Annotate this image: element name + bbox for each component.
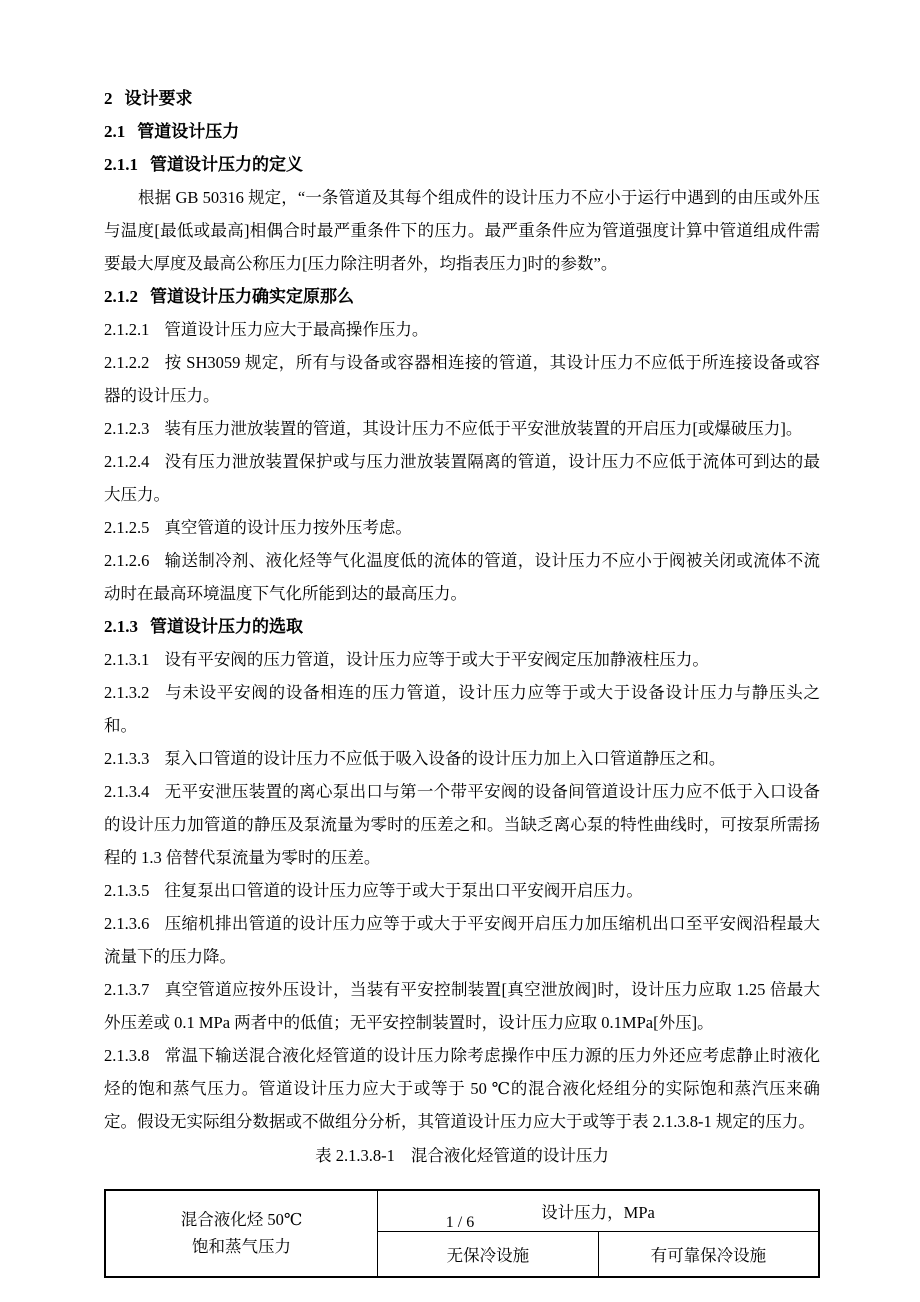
clause-number: 2.1.2.6 xyxy=(104,551,149,570)
clause-text: 泵入口管道的设计压力不应低于吸入设备的设计压力加上入口管道静压之和。 xyxy=(164,749,725,768)
section-heading-2-1-2: 2.1.2管道设计压力确实定原那么 xyxy=(104,280,820,313)
clause-number: 2.1.2.3 xyxy=(104,419,149,438)
clause-text: 没有压力泄放装置保护或与压力泄放装置隔离的管道，设计压力不应低于流体可到达的最大… xyxy=(104,452,820,504)
clause-text: 装有压力泄放装置的管道，其设计压力不应低于平安泄放装置的开启压力[或爆破压力]。 xyxy=(164,419,802,438)
clause-number: 2.1.3.5 xyxy=(104,881,149,900)
table-caption-title: 混合液化烃管道的设计压力 xyxy=(411,1146,609,1165)
clause-2-1-2-4: 2.1.2.4没有压力泄放装置保护或与压力泄放装置隔离的管道，设计压力不应低于流… xyxy=(104,445,820,511)
clause-number: 2.1.2.4 xyxy=(104,452,149,471)
clause-2-1-3-8: 2.1.3.8常温下输送混合液化烃管道的设计压力除考虑操作中压力源的压力外还应考… xyxy=(104,1039,820,1138)
clause-number: 2.1.3.6 xyxy=(104,914,149,933)
clause-text: 设有平安阀的压力管道，设计压力应等于或大于平安阀定压加静液柱压力。 xyxy=(164,650,709,669)
clause-number: 2.1.2.2 xyxy=(104,353,149,372)
clause-number: 2.1.3.8 xyxy=(104,1046,149,1065)
clause-2-1-2-6: 2.1.2.6输送制冷剂、液化烃等气化温度低的流体的管道，设计压力不应小于阀被关… xyxy=(104,544,820,610)
page-number: 1 / 6 xyxy=(0,1212,920,1234)
clause-text: 真空管道应按外压设计，当装有平安控制装置[真空泄放阀]时，设计压力应取 1.25… xyxy=(104,980,820,1032)
clause-number: 2.1.2.1 xyxy=(104,320,149,339)
clause-text: 输送制冷剂、液化烃等气化温度低的流体的管道，设计压力不应小于阀被关闭或流体不流动… xyxy=(104,551,820,603)
table-header-mixed-lpg-line2: 饱和蒸气压力 xyxy=(106,1233,377,1260)
clause-2-1-2-1: 2.1.2.1管道设计压力应大于最高操作压力。 xyxy=(104,313,820,346)
section-title: 管道设计压力的选取 xyxy=(150,617,303,636)
section-title: 管道设计压力 xyxy=(137,122,239,141)
section-heading-2-1-1: 2.1.1管道设计压力的定义 xyxy=(104,148,820,181)
section-number: 2 xyxy=(104,89,113,108)
clause-number: 2.1.3.1 xyxy=(104,650,149,669)
clause-text: 往复泵出口管道的设计压力应等于或大于泵出口平安阀开启压力。 xyxy=(164,881,643,900)
clause-number: 2.1.3.7 xyxy=(104,980,149,999)
clause-2-1-3-1: 2.1.3.1设有平安阀的压力管道，设计压力应等于或大于平安阀定压加静液柱压力。 xyxy=(104,643,820,676)
section-heading-2-1-3: 2.1.3管道设计压力的选取 xyxy=(104,610,820,643)
section-heading-2: 2设计要求 xyxy=(104,82,820,115)
section-title: 管道设计压力的定义 xyxy=(150,155,303,174)
clause-number: 2.1.3.3 xyxy=(104,749,149,768)
clause-text: 与未设平安阀的设备相连的压力管道，设计压力应等于或大于设备设计压力与静压头之和。 xyxy=(104,683,820,735)
table-header-no-cold-insulation: 无保冷设施 xyxy=(378,1231,599,1277)
clause-text: 真空管道的设计压力按外压考虑。 xyxy=(164,518,412,537)
document-body: 2设计要求 2.1管道设计压力 2.1.1管道设计压力的定义 根据 GB 503… xyxy=(104,82,820,1278)
clause-text: 按 SH3059 规定，所有与设备或容器相连接的管道，其设计压力不应低于所连接设… xyxy=(104,353,820,405)
section-heading-2-1: 2.1管道设计压力 xyxy=(104,115,820,148)
clause-number: 2.1.3.2 xyxy=(104,683,149,702)
section-number: 2.1.3 xyxy=(104,617,138,636)
clause-number: 2.1.3.4 xyxy=(104,782,149,801)
table-caption: 表 2.1.3.8-1混合液化烃管道的设计压力 xyxy=(104,1139,820,1172)
clause-2-1-3-4: 2.1.3.4无平安泄压装置的离心泵出口与第一个带平安阀的设备间管道设计压力应不… xyxy=(104,775,820,874)
clause-2-1-3-3: 2.1.3.3泵入口管道的设计压力不应低于吸入设备的设计压力加上入口管道静压之和… xyxy=(104,742,820,775)
section-title: 管道设计压力确实定原那么 xyxy=(150,287,354,306)
section-title: 设计要求 xyxy=(125,89,193,108)
paragraph-text: 根据 GB 50316 规定，“一条管道及其每个组成件的设计压力不应小于运行中遇… xyxy=(104,188,820,273)
document-page: 2设计要求 2.1管道设计压力 2.1.1管道设计压力的定义 根据 GB 503… xyxy=(0,0,920,1302)
clause-2-1-3-2: 2.1.3.2与未设平安阀的设备相连的压力管道，设计压力应等于或大于设备设计压力… xyxy=(104,676,820,742)
paragraph-definition: 根据 GB 50316 规定，“一条管道及其每个组成件的设计压力不应小于运行中遇… xyxy=(104,181,820,280)
clause-2-1-2-3: 2.1.2.3装有压力泄放装置的管道，其设计压力不应低于平安泄放装置的开启压力[… xyxy=(104,412,820,445)
clause-text: 管道设计压力应大于最高操作压力。 xyxy=(164,320,428,339)
table-caption-label: 表 2.1.3.8-1 xyxy=(315,1146,395,1165)
clause-2-1-2-5: 2.1.2.5真空管道的设计压力按外压考虑。 xyxy=(104,511,820,544)
clause-text: 压缩机排出管道的设计压力应等于或大于平安阀开启压力加压缩机出口至平安阀沿程最大流… xyxy=(104,914,820,966)
clause-2-1-3-7: 2.1.3.7真空管道应按外压设计，当装有平安控制装置[真空泄放阀]时，设计压力… xyxy=(104,973,820,1039)
clause-2-1-2-2: 2.1.2.2按 SH3059 规定，所有与设备或容器相连接的管道，其设计压力不… xyxy=(104,346,820,412)
clause-number: 2.1.2.5 xyxy=(104,518,149,537)
table-header-with-cold-insulation: 有可靠保冷设施 xyxy=(598,1231,819,1277)
clause-2-1-3-6: 2.1.3.6压缩机排出管道的设计压力应等于或大于平安阀开启压力加压缩机出口至平… xyxy=(104,907,820,973)
section-number: 2.1 xyxy=(104,122,125,141)
clause-text: 常温下输送混合液化烃管道的设计压力除考虑操作中压力源的压力外还应考虑静止时液化烃… xyxy=(104,1046,820,1131)
clause-text: 无平安泄压装置的离心泵出口与第一个带平安阀的设备间管道设计压力应不低于入口设备的… xyxy=(104,782,820,867)
section-number: 2.1.1 xyxy=(104,155,138,174)
section-number: 2.1.2 xyxy=(104,287,138,306)
clause-2-1-3-5: 2.1.3.5往复泵出口管道的设计压力应等于或大于泵出口平安阀开启压力。 xyxy=(104,874,820,907)
